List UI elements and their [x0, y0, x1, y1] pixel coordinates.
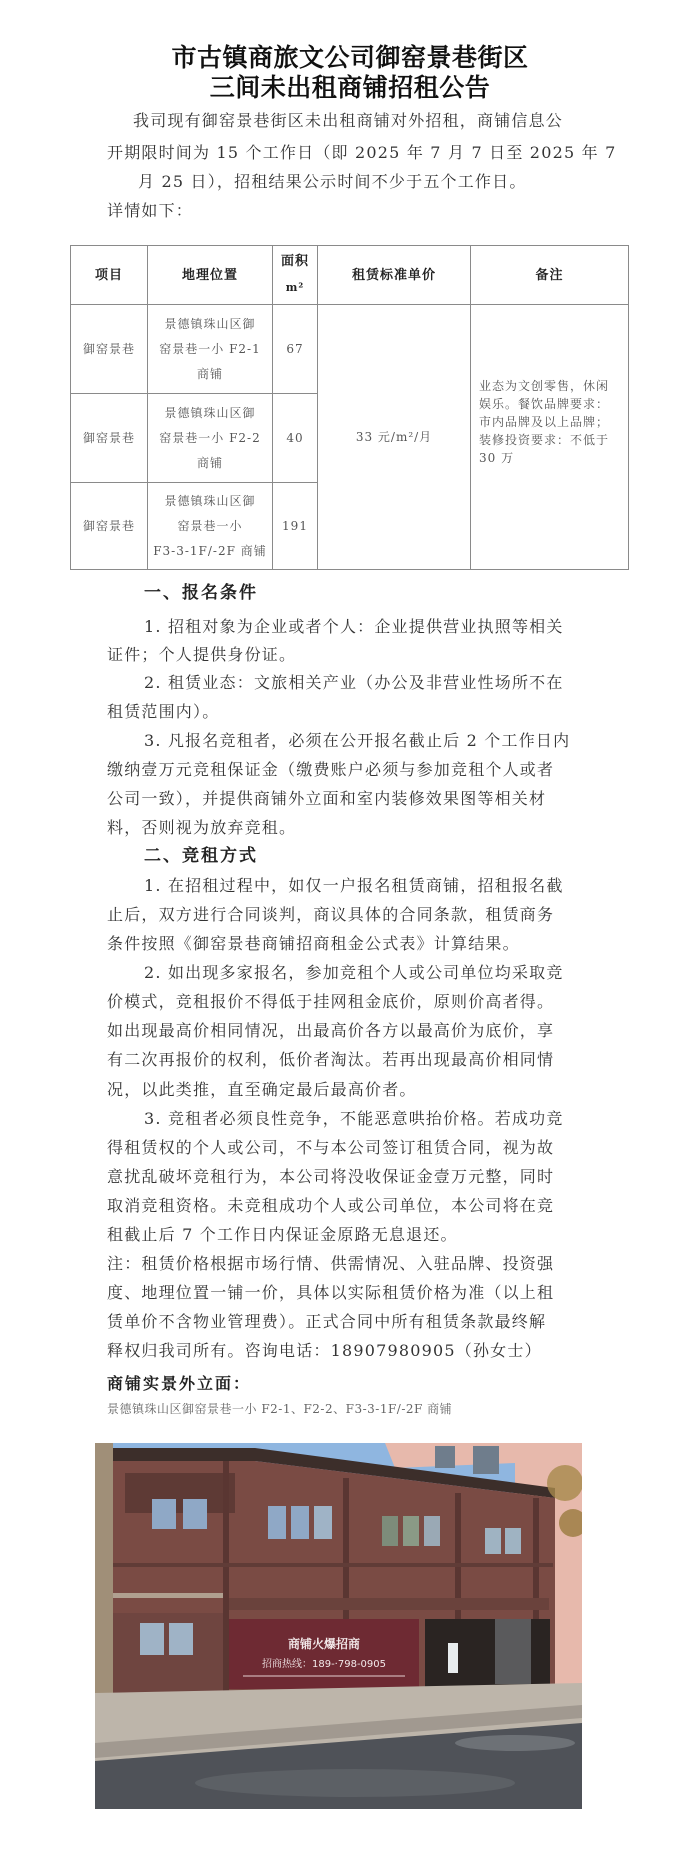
section1-line: 证件；个人提供身份证。	[107, 645, 296, 665]
section1-line: 1. 招租对象为企业或者个人：企业提供营业执照等相关	[144, 617, 564, 637]
header-location: 地理位置	[148, 246, 272, 304]
section2-line: 价模式，竞租报价不得低于挂网租金底价，原则价高者得。	[107, 992, 554, 1012]
intro-line: 我司现有御窑景巷街区未出租商铺对外招租，商铺信息公	[133, 111, 563, 131]
shop-table: 项目 地理位置 面积 m² 租赁标准单价 备注 御窑景巷 景德镇珠山区御 窑景巷…	[70, 245, 629, 570]
location-line: 窑景巷一小 F2-1	[159, 337, 260, 362]
section2-line: 如出现最高价相同情况，出最高价各方以最高价为底价，享	[107, 1021, 554, 1041]
section1-line: 公司一致），并提供商铺外立面和室内装修效果图等相关材	[107, 789, 546, 809]
note-line: 注：租赁价格根据市场行情、供需情况、入驻品牌、投资强	[107, 1254, 554, 1274]
section2-line: 3. 竞租者必须良性竞争，不能恶意哄抬价格。若成功竞	[144, 1109, 564, 1129]
remark-line: 30 万	[479, 449, 514, 467]
section2-line: 取消竞租资格。未竞租成功个人或公司单位，本公司将在竞	[107, 1196, 554, 1216]
remark-line: 业态为文创零售，休闲	[479, 377, 609, 395]
header-project: 项目	[71, 246, 147, 304]
section1-line: 缴纳壹万元竞租保证金（缴费账户必须与参加竞租个人或者	[107, 760, 554, 780]
section2-line: 条件按照《御窑景巷商铺招商租金公式表》计算结果。	[107, 934, 520, 954]
intro-line: 开期限时间为 15 个工作日（即 2025 年 7 月 7 日至 2025 年 …	[107, 143, 616, 163]
section2-line: 止后，双方进行合同谈判，商议具体的合同条款，租赁商务	[107, 905, 554, 925]
row2-project: 御窑景巷	[71, 394, 147, 482]
notice-title-line1: 市古镇商旅文公司御窑景巷街区	[0, 43, 700, 73]
remark-line: 装修投资要求：不低于	[479, 431, 609, 449]
row3-area: 191	[273, 483, 317, 569]
section2-line: 2. 如出现多家报名，参加竞租个人或公司单位均采取竞	[144, 963, 564, 983]
remarks-cell: 业态为文创零售，休闲 娱乐。餐饮品牌要求： 市内品牌及以上品牌； 装修投资要求：…	[471, 305, 628, 569]
intro-line: 详情如下：	[107, 201, 193, 221]
banner-text-2: 招商热线：189-·798-0905	[262, 1657, 386, 1670]
note-line: 赁单价不含物业管理费）。正式合同中所有租赁条款最终解	[107, 1312, 546, 1332]
banner-text-1: 商铺火爆招商	[288, 1636, 360, 1651]
storefront-photo: 商铺火爆招商 招商热线：189-·798-0905	[95, 1443, 582, 1809]
location-line: 景德镇珠山区御	[164, 489, 255, 514]
intro-line: 月 25 日），招租结果公示时间不少于五个工作日。	[138, 172, 527, 192]
section2-line: 有二次再报价的权利，低价者淘汰。若再出现最高价相同情	[107, 1050, 554, 1070]
note-line: 释权归我司所有。咨询电话：18907980905（孙女士）	[107, 1341, 542, 1361]
header-area-unit: m²	[286, 275, 304, 301]
header-unit-price: 租赁标准单价	[318, 246, 470, 304]
header-area: 面积 m²	[273, 246, 317, 304]
row1-location: 景德镇珠山区御 窑景巷一小 F2-1 商铺	[148, 305, 272, 393]
row3-location: 景德镇珠山区御 窑景巷一小 F3-3-1F/-2F 商铺	[148, 483, 272, 569]
location-line: 景德镇珠山区御	[164, 312, 255, 337]
section1-line: 3. 凡报名竞租者，必须在公开报名截止后 2 个工作日内	[144, 731, 570, 751]
location-line: 景德镇珠山区御	[164, 401, 255, 426]
location-line: 窑景巷一小	[177, 514, 242, 539]
section2-line: 得租赁权的个人或公司，不与本公司签订租赁合同，视为故	[107, 1138, 554, 1158]
row2-area: 40	[273, 394, 317, 482]
row1-project: 御窑景巷	[71, 305, 147, 393]
section1-line: 2. 租赁业态：文旅相关产业（办公及非营业性场所不在	[144, 673, 564, 693]
location-line: 商铺	[197, 451, 223, 476]
photo-section-heading: 商铺实景外立面：	[107, 1373, 251, 1395]
section2-line: 租截止后 7 个工作日内保证金原路无息退还。	[107, 1225, 458, 1245]
storefront-illustration: 商铺火爆招商 招商热线：189-·798-0905	[95, 1443, 582, 1809]
section1-heading: 一、报名条件	[144, 582, 258, 604]
remark-line: 市内品牌及以上品牌；	[479, 413, 609, 431]
header-area-label: 面积	[281, 249, 309, 275]
section2-line: 意扰乱破坏竞租行为，本公司将没收保证金壹万元整，同时	[107, 1167, 554, 1187]
section1-line: 租赁范围内）。	[107, 702, 219, 722]
location-line: F3-3-1F/-2F 商铺	[153, 539, 267, 564]
row2-location: 景德镇珠山区御 窑景巷一小 F2-2 商铺	[148, 394, 272, 482]
location-line: 窑景巷一小 F2-2	[159, 426, 260, 451]
remark-line: 娱乐。餐饮品牌要求：	[479, 395, 609, 413]
location-line: 商铺	[197, 362, 223, 387]
photo-caption: 景德镇珠山区御窑景巷一小 F2-1、F2-2、F3-3-1F/-2F 商铺	[107, 1400, 452, 1417]
row1-area: 67	[273, 305, 317, 393]
note-line: 度、地理位置一铺一价，具体以实际租赁价格为准（以上租	[107, 1283, 554, 1303]
row3-project: 御窑景巷	[71, 483, 147, 569]
section2-line: 况，以此类推，直至确定最后最高价者。	[107, 1080, 417, 1100]
section2-heading: 二、竞租方式	[144, 845, 258, 867]
header-remarks: 备注	[471, 246, 628, 304]
section2-line: 1. 在招租过程中，如仅一户报名租赁商铺，招租报名截	[144, 876, 564, 896]
notice-title-line2: 三间未出租商铺招租公告	[0, 73, 700, 103]
unit-price-cell: 33 元/m²/月	[318, 305, 470, 569]
section1-line: 料，否则视为放弃竞租。	[107, 818, 296, 838]
